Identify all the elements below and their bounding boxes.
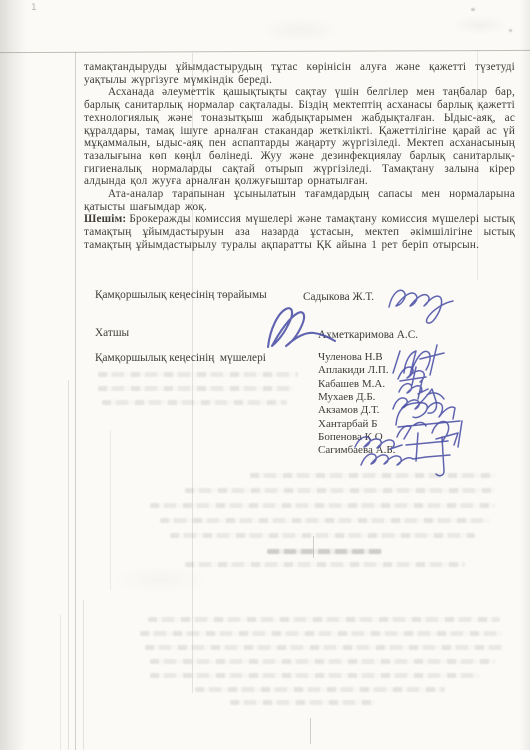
bleed-through-line <box>148 617 500 622</box>
bleed-through-line <box>195 687 445 692</box>
bleed-through-line <box>150 503 495 508</box>
scan-line-top <box>0 50 530 53</box>
paragraph-continuation: тамақтандыруды ұйымдастырудың тұтас көрі… <box>84 61 515 86</box>
scan-mark <box>310 718 311 744</box>
bleed-through-line <box>170 533 475 538</box>
scanned-document-page: 1 тамақтандыруды ұйымдастырудың тұтас кө… <box>0 0 530 750</box>
bleed-through-line <box>185 562 465 567</box>
scan-mark <box>313 536 314 558</box>
bleed-through-line <box>267 549 382 554</box>
scan-speck <box>509 29 512 32</box>
decision-text: Брокеражды комиссия мүшелері және тамақт… <box>84 213 515 250</box>
bleed-through-line <box>150 659 495 664</box>
fold-crease <box>83 600 84 750</box>
bleed-through-line <box>145 645 503 650</box>
bleed-through-line <box>160 518 490 523</box>
signature-akhmetkarimova <box>268 308 335 347</box>
fold-crease <box>60 615 61 750</box>
document-body: тамақтандыруды ұйымдастырудың тұтас көрі… <box>84 61 515 252</box>
signatures-overlay <box>230 275 530 485</box>
fold-crease <box>68 380 69 750</box>
fold-crease <box>75 52 76 750</box>
scan-speck <box>471 8 475 11</box>
bleed-through-line <box>140 631 502 636</box>
decision-label: Шешім: <box>84 213 129 225</box>
paragraph-decision: Шешім:Брокеражды комиссия мүшелері және … <box>84 213 515 251</box>
fold-crease <box>110 430 111 590</box>
signature-kabashev <box>399 381 428 399</box>
signature-akzamov <box>396 403 460 427</box>
scan-edge-shadow-left <box>0 0 26 750</box>
bleed-through-line <box>230 700 375 705</box>
paragraph-canteen: Асханада әлеуметтік қашықтықты сақтау үш… <box>84 86 515 188</box>
secretary-role-label: Хатшы <box>95 327 129 339</box>
signature-sadykova <box>389 290 453 323</box>
corner-mark: 1 <box>31 3 37 13</box>
bleed-through-line <box>185 488 495 493</box>
bleed-through-line <box>150 673 480 678</box>
paragraph-parents: Ата-аналар тарапынан ұсынылатын тағамдар… <box>84 188 515 213</box>
